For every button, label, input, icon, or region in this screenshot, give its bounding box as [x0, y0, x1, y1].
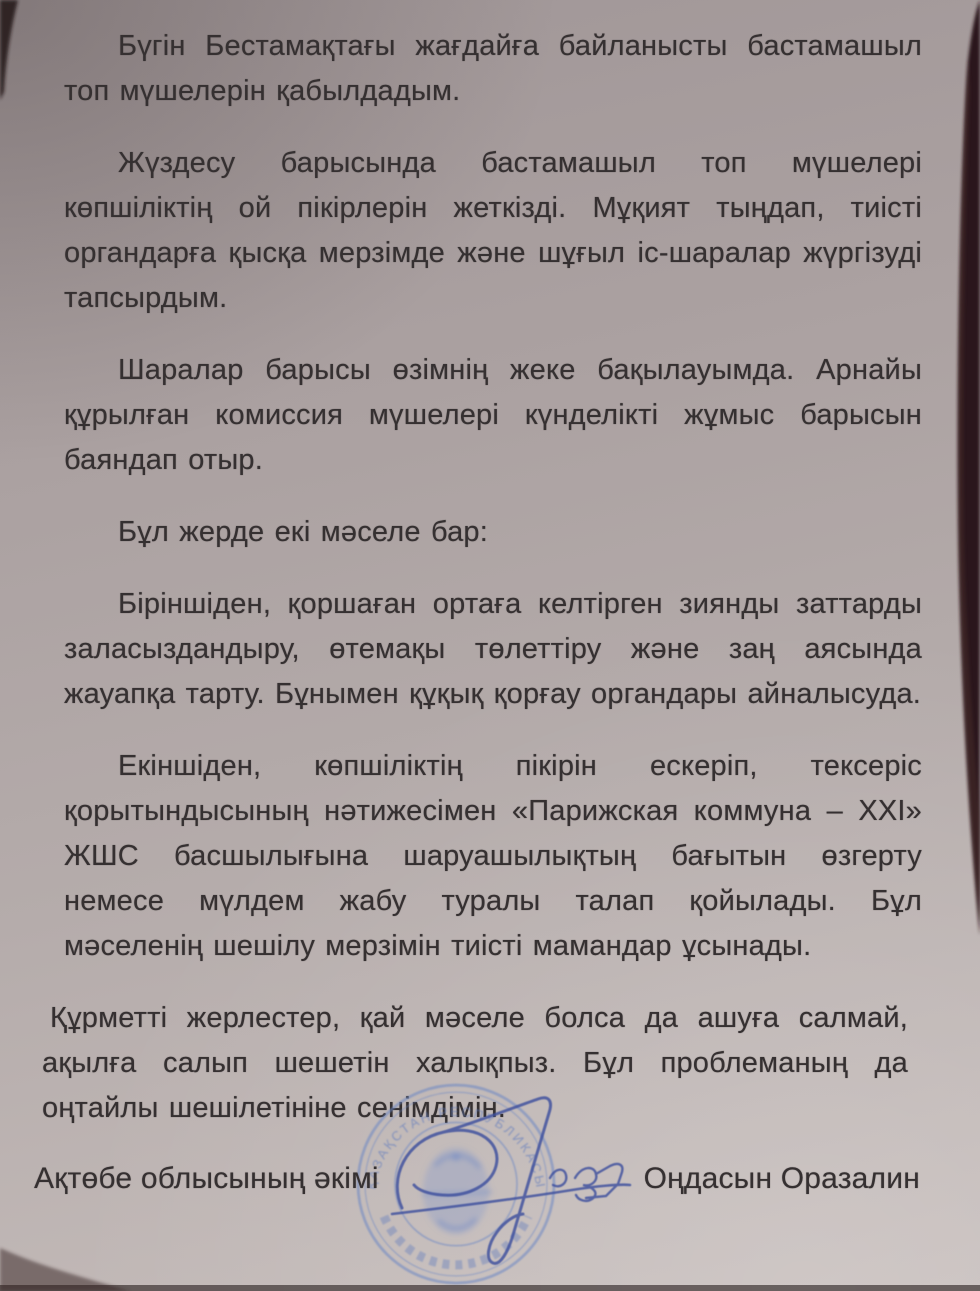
document-body: Бүгін Бестамақтағы жағдайға байланысты б… — [64, 24, 922, 1158]
paragraph: Бүгін Бестамақтағы жағдайға байланысты б… — [64, 24, 922, 114]
document-photo: Бүгін Бестамақтағы жағдайға байланысты б… — [0, 0, 980, 1291]
signatory-name: Оңдасын Оразалин — [644, 1162, 920, 1196]
signature-title: Ақтөбе облысының әкімі — [34, 1162, 379, 1196]
paragraph: Бұл жерде екі мәселе бар: — [64, 510, 922, 555]
paragraph: Жүздесу барысында бастамашыл топ мүшелер… — [64, 141, 922, 321]
signature-row: Ақтөбе облысының әкімі Оңдасын Оразалин — [34, 1162, 920, 1196]
paragraph: Біріншіден, қоршаған ортаға келтірген зи… — [64, 582, 922, 717]
bottom-left-corner-shadow — [0, 1248, 130, 1291]
right-edge-shadow-soft — [958, 60, 980, 935]
paragraph: Шаралар барысы өзімнің жеке бақылауымда.… — [64, 348, 922, 483]
top-left-corner-shadow — [0, 0, 18, 100]
right-edge-shadow — [958, 0, 980, 935]
paragraph: Екіншіден, көпшіліктің пікірін ескеріп, … — [64, 744, 922, 969]
